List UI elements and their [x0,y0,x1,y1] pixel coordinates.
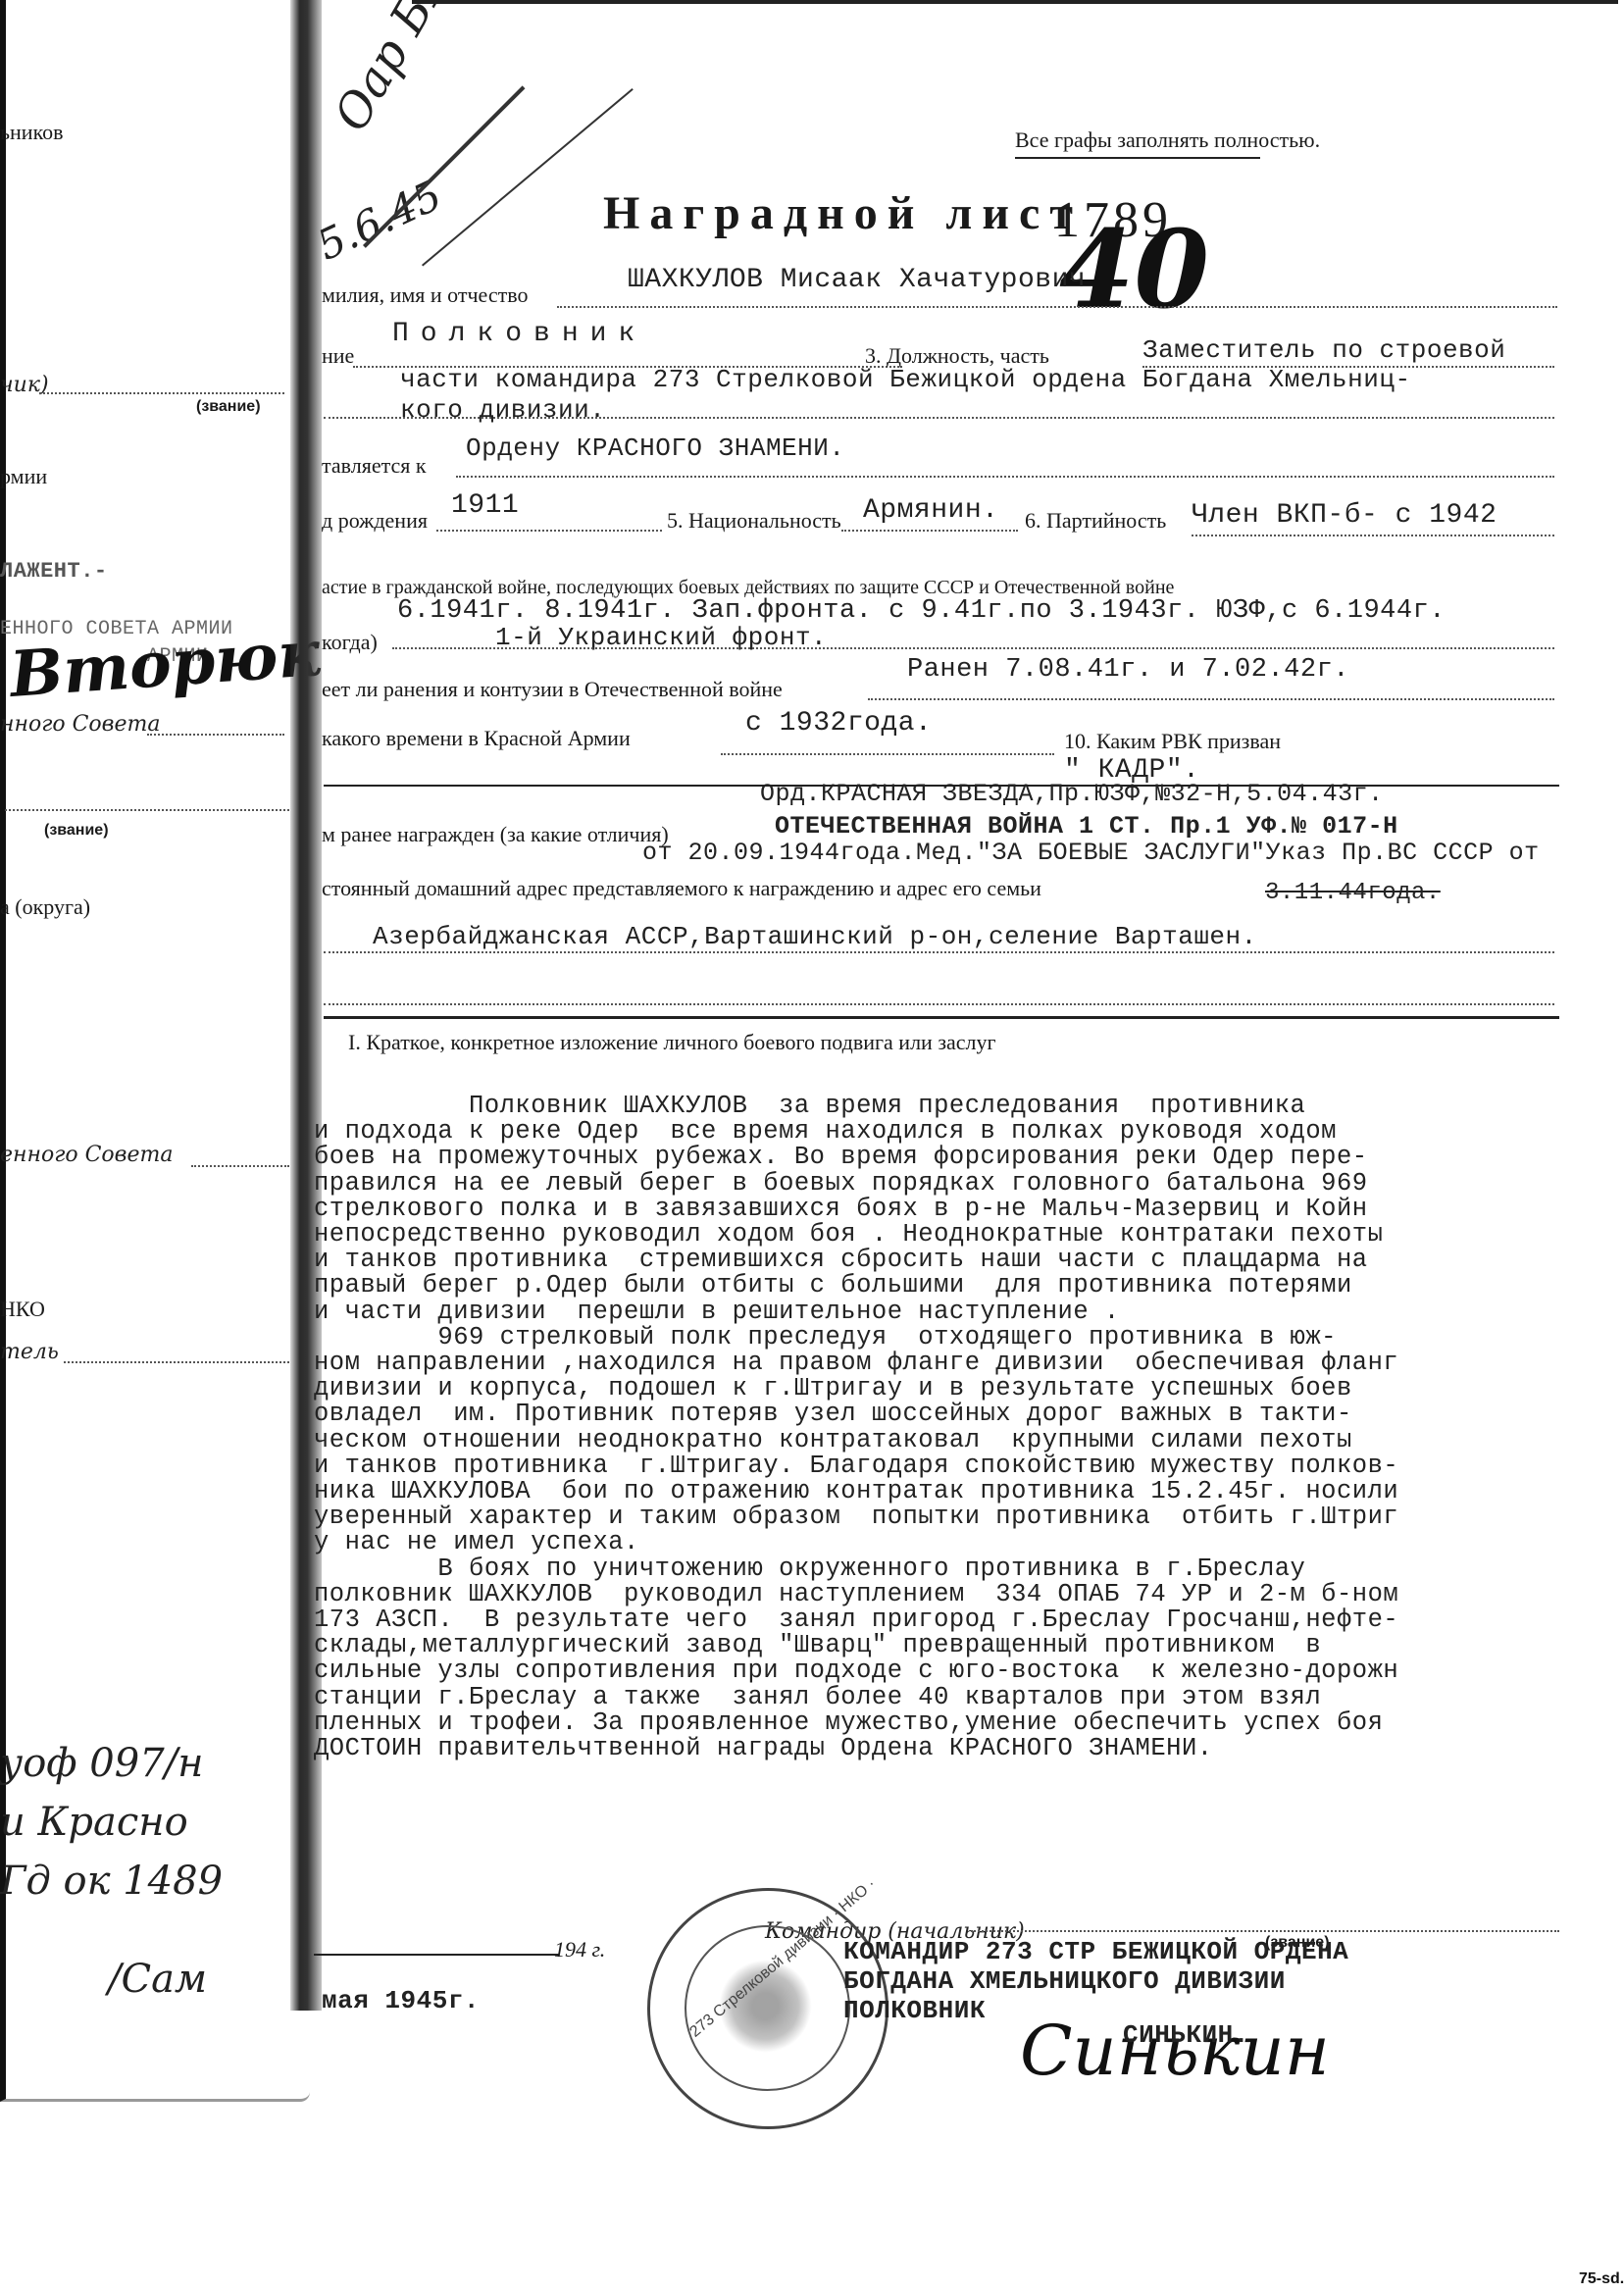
dotted-line [147,734,284,736]
dotted-line [557,306,1557,308]
narrative-line: правился на ее левый берег в боевых поря… [314,1171,1398,1197]
field-label-army-since: какого времени в Красной Армии [322,726,631,751]
dotted-line [324,951,1554,953]
left-zvanie-label: (звание) [196,398,261,416]
left-zvanie-label: (звание) [44,822,109,840]
narrative-line: склады,металлургический завод "Шварц" пр… [314,1633,1398,1658]
field-value-nominated: Ордену КРАСНОГО ЗНАМЕНИ. [466,433,844,463]
commander-name: СИНЬКИН. [1123,2020,1249,2050]
year-label: 194 г. [554,1937,605,1963]
dotted-line [324,1003,1554,1005]
field-label-birth: д рождения [322,508,428,534]
left-underlying-page [0,0,310,2102]
left-fragment: НКО [0,1297,45,1322]
field-value-address: Азербайджанская АССР,Варташинский р-он,с… [373,922,1257,951]
narrative-line: дивизии и корпуса, подошел к г.Штригау и… [314,1376,1398,1402]
narrative-line: правый берег р.Одер были отбиты с больши… [314,1273,1398,1299]
field-label-rank: ние [322,343,354,369]
commander-line: БОГДАНА ХМЕЛЬНИЦКОГО ДИВИЗИИ [843,1966,1286,1996]
dotted-line [392,647,1554,649]
narrative-line: ческом отношении неоднократно контратако… [314,1428,1398,1453]
dotted-line [841,530,1018,532]
previous-award: 3.11.44года. [1265,880,1441,906]
field-label-nationality: 5. Национальность [667,508,841,534]
instruction-underline [1015,157,1260,159]
section-rule [324,1016,1559,1019]
archive-mark: Оар БВ [324,0,462,140]
strike-line [422,88,634,267]
field-value-nationality: Армянин. [863,495,998,526]
left-fragment: а (округа) [0,894,90,920]
narrative-line: стрелкового полка и в завязавшихся боях … [314,1197,1398,1222]
narrative-body: Полковник ШАХКУЛОВ за время преследовани… [314,1094,1398,1761]
field-label-party: 6. Партийность [1025,508,1166,534]
narrative-heading: I. Краткое, конкретное изложение личного… [348,1030,996,1055]
narrative-line: 969 стрелковый полк преследуя отходящего… [314,1325,1398,1351]
handwritten-note: Гд ок 1489 [0,1859,223,1904]
commander-line: КОМАНДИР 273 СТР БЕЖИЦКОЙ ОРДЕНА [843,1937,1348,1966]
field-label-wounds: еет ли ранения и контузии в Отечественно… [322,677,783,702]
field-value-name: ШАХКУЛОВ Мисаак Хачатурович [628,265,1086,295]
previous-award: ОТЕЧЕСТВЕННАЯ ВОЙНА 1 СТ. Пр.1 УФ.№ 017-… [775,812,1398,841]
previous-award: от 20.09.1944года.Мед."ЗА БОЕВЫЕ ЗАСЛУГИ… [642,839,1540,867]
narrative-line: ном направлении ,находился на правом фла… [314,1351,1398,1376]
dotted-line [868,698,1554,700]
dotted-line [64,1361,289,1363]
narrative-line: овладел им. Противник потеряв узел шоссе… [314,1402,1398,1427]
field-value-position: части командира 273 Стрелковой Бежицкой … [400,365,1411,394]
field-value-party: Член ВКП-б- с 1942 [1192,500,1497,531]
left-fragment: ьников [0,120,64,145]
left-fragment: енного Совета [0,1143,173,1167]
left-fragment: ЛАЖЕНТ.- [0,559,108,584]
left-fragment: нного Совета [0,712,160,737]
watermark: 75-sd.ru [1579,2270,1624,2288]
field-label-name: милия, имя и отчество [322,282,528,308]
field-value-army-since: с 1932года. [745,708,932,739]
commander-line: ПОЛКОВНИК [843,1996,986,2025]
field-label-previous-awards: м ранее награжден (за какие отличия) [322,822,669,847]
narrative-line: В боях по уничтожению окруженного против… [314,1556,1398,1582]
narrative-line: и танков противника г.Штригау. Благодаря… [314,1453,1398,1479]
dotted-line [436,530,662,532]
left-fragment: рмии [0,464,47,489]
dotted-line [39,392,284,394]
dotted-line [5,809,289,811]
dotted-line [456,476,1554,478]
date-line [314,1954,559,1956]
handwritten-note: уоф 097/н [0,1741,203,1786]
field-value-position: кого дивизии. [400,395,605,425]
narrative-line: и части дивизии перешли в решительное на… [314,1300,1398,1325]
narrative-line: полковник ШАХКУЛОВ руководил наступление… [314,1582,1398,1607]
narrative-line: уверенный характер и таким образом попыт… [314,1504,1398,1530]
dotted-line [971,1930,1559,1932]
handwritten-note: и Красно [0,1800,188,1845]
narrative-line: станции г.Бреслау а также занял более 40… [314,1685,1398,1710]
narrative-line: ДОСТОИН правительчтвенной награды Ордена… [314,1736,1398,1761]
dotted-line [1192,535,1554,536]
field-label-war-when: когда) [322,630,378,655]
field-value-birth: 1911 [451,490,519,521]
narrative-line: непосредственно руководил ходом боя . Не… [314,1222,1398,1248]
narrative-line: пленных и трофеи. За проявленное мужеств… [314,1710,1398,1736]
page-title: Наградной лист [603,186,1083,240]
field-label-rvk: 10. Каким РВК призван [1064,729,1281,754]
previous-award: Орд.КРАСНАЯ ЗВЕЗДА,Пр.ЮЗФ,№32-Н,5.04.43г… [760,780,1384,808]
narrative-line: 173 АЗСП. В результате чего занял пригор… [314,1607,1398,1633]
narrative-line: Полковник ШАХКУЛОВ за время преследовани… [314,1094,1398,1119]
instruction-text: Все графы заполнять полностью. [1015,127,1320,153]
field-label-nominated: тавляется к [322,453,427,479]
left-fragment: тель [0,1340,59,1364]
narrative-line: сильные узлы сопротивления при подходе с… [314,1658,1398,1684]
narrative-line: у нас не имел успеха. [314,1530,1398,1555]
narrative-line: и подхода к реке Одер все время находилс… [314,1119,1398,1145]
field-value-wounds: Ранен 7.08.41г. и 7.02.42г. [907,655,1349,685]
field-value-position: Заместитель по строевой [1142,335,1505,365]
handwritten-note: /Сам [108,1957,207,2002]
date-value: мая 1945г. [322,1986,480,2015]
narrative-line: и танков противника стремившихся сбросит… [314,1248,1398,1273]
narrative-line: боев на промежуточных рубежах. Во время … [314,1145,1398,1170]
narrative-line: ника ШАХКУЛОВА бои по отражению контрата… [314,1479,1398,1504]
field-value-war: 6.1941г. 8.1941г. Зап.фронта. с 9.41г.по… [397,596,1446,626]
dotted-line [721,753,1054,755]
field-value-rank: Полковник [392,319,646,349]
top-edge [412,0,1618,4]
field-label-address: стоянный домашний адрес представляемого … [322,876,1041,901]
dotted-line [191,1165,289,1167]
